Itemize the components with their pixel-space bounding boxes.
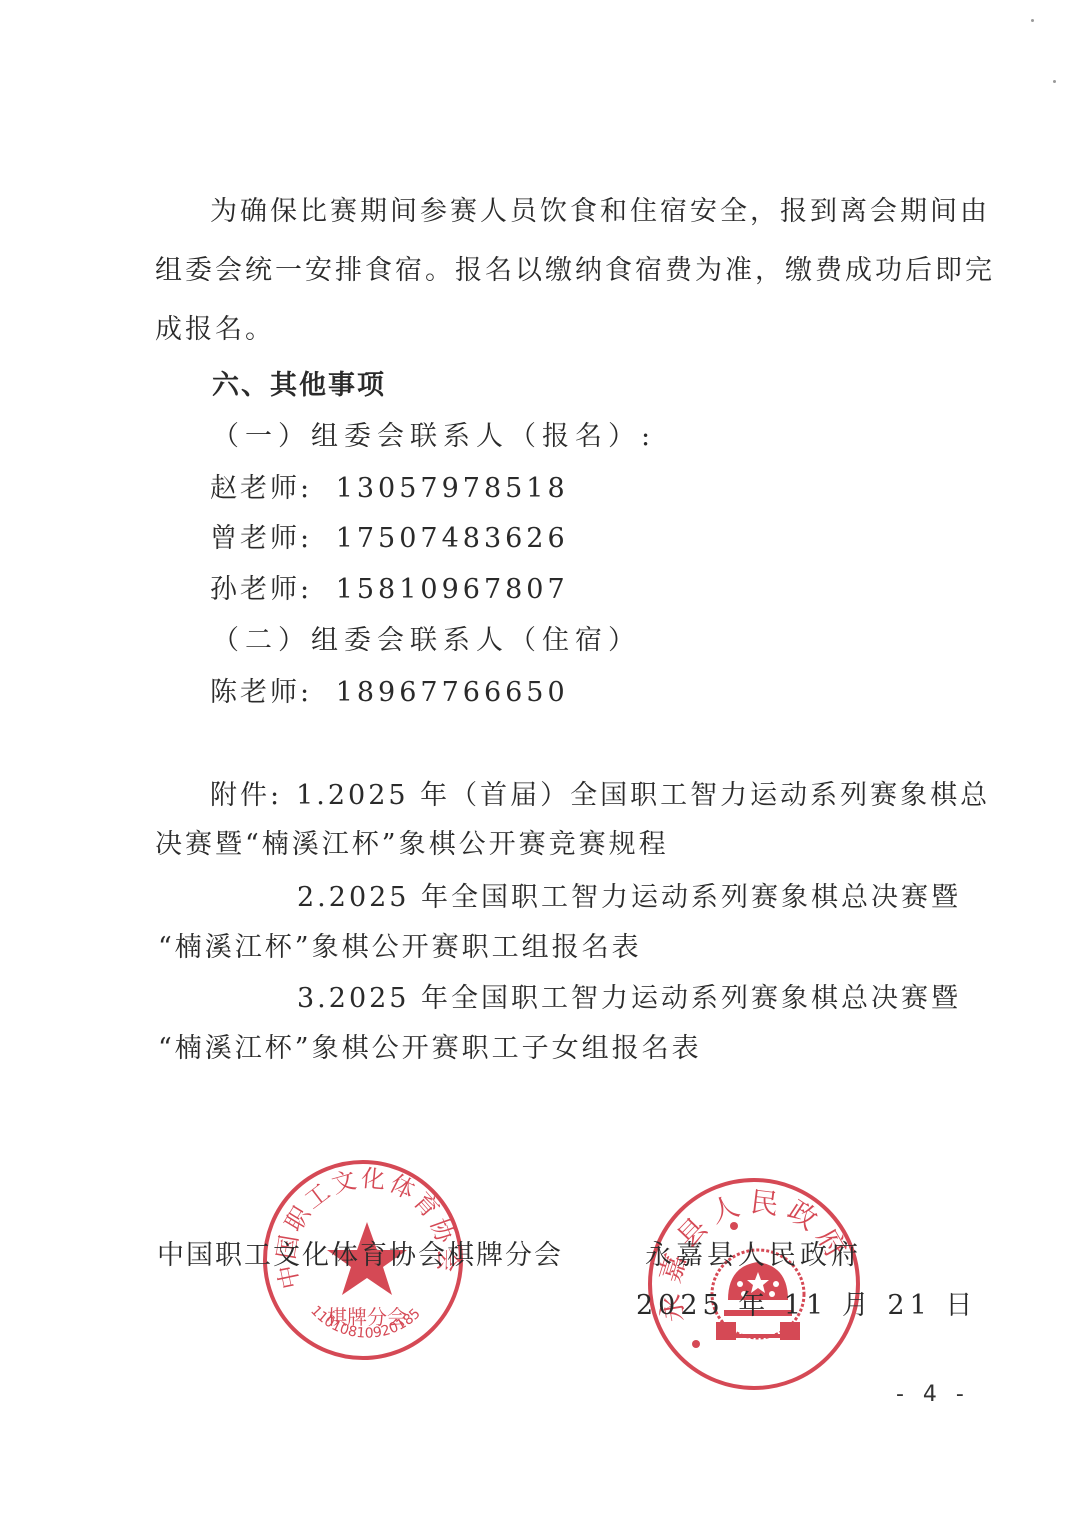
signatory-government: 永嘉县人民政府 <box>645 1240 862 1272</box>
contact-row: 陈老师: 18967766650 <box>210 677 569 709</box>
contact-group-title-registration: （一）组委会联系人（报名）: <box>212 421 656 453</box>
attachment-title: 1.2025 年（首届）全国职工智力运动系列赛象棋总 <box>296 780 990 812</box>
contact-phone: 13057978518 <box>336 473 569 504</box>
attachments-label: 附件: <box>210 780 282 812</box>
paragraph-line-1: 为确保比赛期间参赛人员饮食和住宿安全，报到离会期间由 <box>210 196 948 228</box>
scan-speck <box>1053 80 1056 83</box>
page-number: - 4 - <box>896 1382 970 1407</box>
contact-name: 赵老师: <box>210 473 312 504</box>
contact-name: 曾老师: <box>210 523 312 554</box>
paragraph-line-2: 组委会统一安排食宿。报名以缴纳食宿费为准，缴费成功后即完 <box>155 255 948 287</box>
contact-name: 陈老师: <box>210 677 312 708</box>
contact-phone: 15810967807 <box>336 574 569 605</box>
signatory-union: 中国职工文化体育协会棋牌分会 <box>157 1240 563 1272</box>
contact-row: 孙老师: 15810967807 <box>210 574 569 606</box>
attachment-item-2-line-1: 2.2025 年全国职工智力运动系列赛象棋总决赛暨 <box>297 882 948 914</box>
contact-phone: 18967766650 <box>336 677 569 708</box>
signature-date: 2025 年 11 月 21 日 <box>636 1290 977 1322</box>
attachment-item-3-line-2: “楠溪江杯”象棋公开赛职工子女组报名表 <box>158 1033 702 1065</box>
scan-speck <box>1031 19 1034 22</box>
attachment-item-1-line-2: 决赛暨“楠溪江杯”象棋公开赛竞赛规程 <box>155 829 669 861</box>
contact-row: 曾老师: 17507483626 <box>210 523 569 555</box>
attachment-item-1-line-1: 附件: 1.2025 年（首届）全国职工智力运动系列赛象棋总 <box>210 780 948 812</box>
paragraph-line-3: 成报名。 <box>155 314 275 346</box>
contact-name: 孙老师: <box>210 574 312 605</box>
attachment-item-3-line-1: 3.2025 年全国职工智力运动系列赛象棋总决赛暨 <box>297 983 948 1015</box>
contact-phone: 17507483626 <box>336 523 569 554</box>
attachment-item-2-line-2: “楠溪江杯”象棋公开赛职工组报名表 <box>158 932 642 964</box>
contact-group-title-lodging: （二）组委会联系人（住宿） <box>212 625 641 657</box>
section-heading: 六、其他事项 <box>212 370 386 402</box>
contact-row: 赵老师: 13057978518 <box>210 473 569 505</box>
government-seal-stamp: 永嘉县人民政府 <box>648 1178 860 1390</box>
